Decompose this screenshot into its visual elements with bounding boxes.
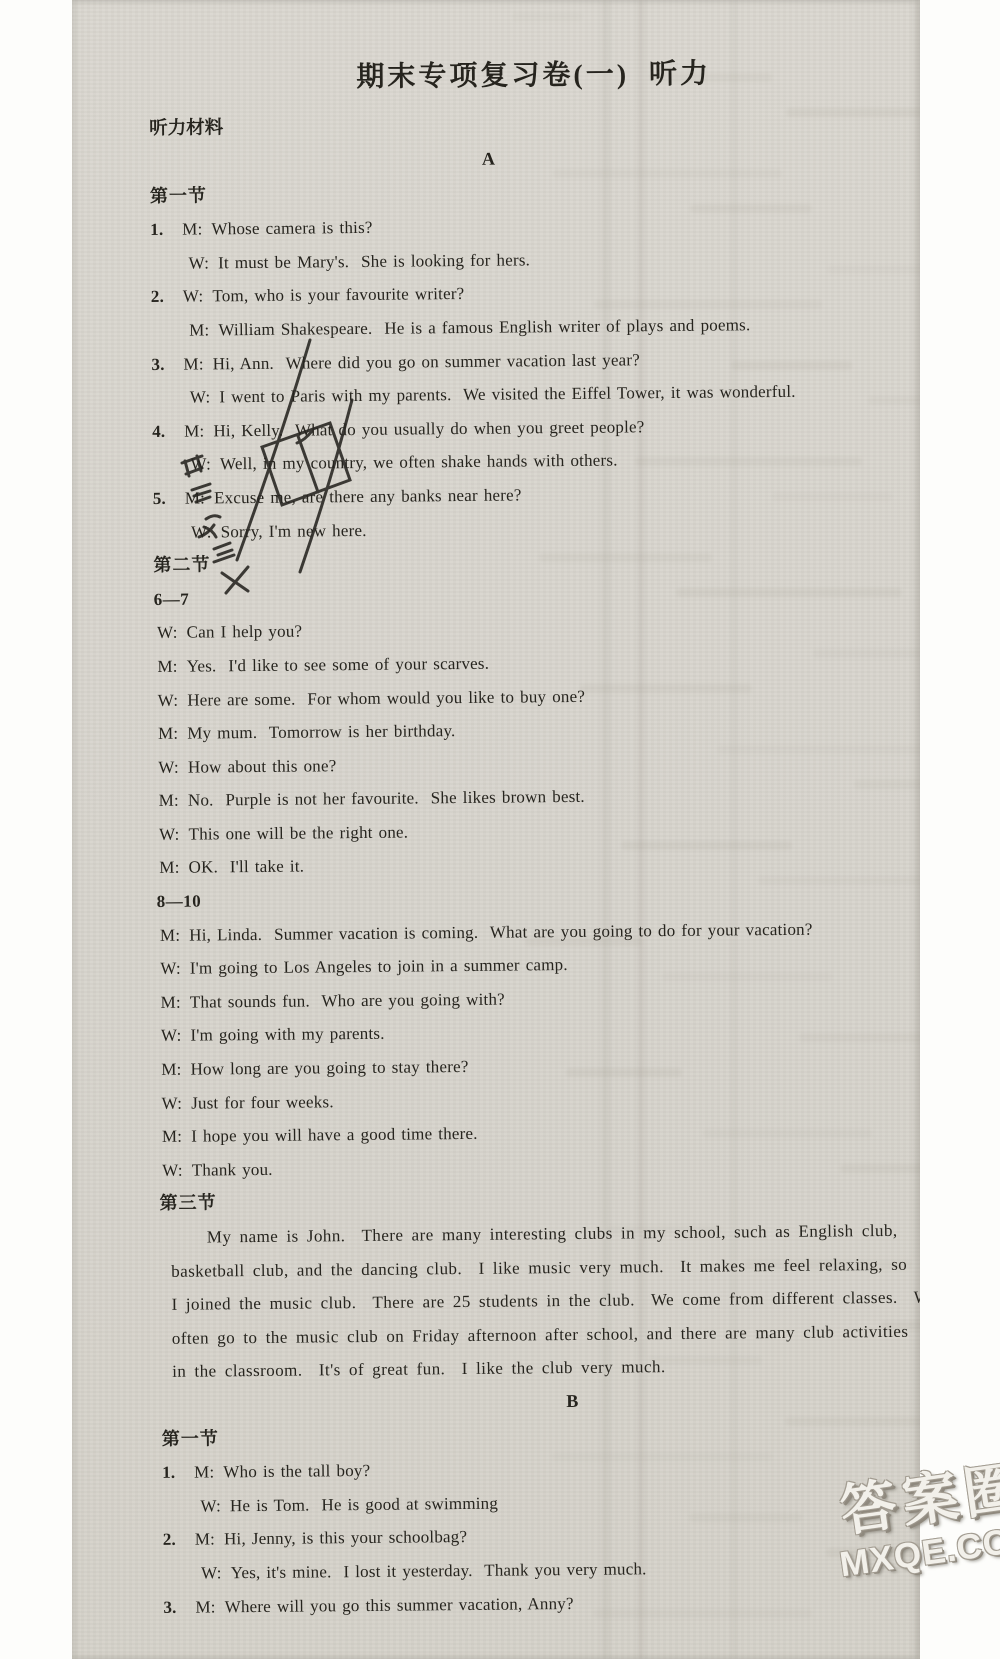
speaker-label: M: (159, 784, 180, 818)
line-number: 2. (151, 280, 183, 314)
line-text: Hi, Jenny, is this your schoolbag? (215, 1527, 467, 1548)
speaker-label: M: (162, 1120, 183, 1154)
line-text: Whose camera is this? (202, 218, 372, 239)
line-text: OK. I'll take it. (179, 857, 304, 877)
speaker-label: M: (161, 1053, 182, 1087)
transcript-content: 期末专项复习卷(一) 听力 听力材料 A第一节1.M:Whose camera … (72, 0, 920, 1625)
speaker-label: M: (157, 650, 178, 684)
speaker-label: W: (183, 280, 204, 314)
line-number: 3. (163, 1590, 195, 1624)
speaker-label: M: (160, 918, 181, 952)
line-number: 2. (163, 1523, 195, 1557)
part-letter: A (482, 149, 495, 169)
speaker-label: W: (162, 1154, 183, 1188)
speaker-label: W: (201, 1556, 222, 1590)
materials-heading: 听力材料 (149, 109, 920, 142)
line-text: 第一节 (162, 1428, 219, 1449)
line-text: often go to the music club on Friday aft… (163, 1322, 909, 1348)
speaker-label: W: (158, 683, 179, 717)
line-text: My name is John. There are many interest… (198, 1221, 898, 1247)
transcript-line: 3.M:Where will you go this summer vacati… (163, 1583, 920, 1624)
line-text: I joined the music club. There are 25 st… (162, 1288, 920, 1314)
speaker-label: M: (195, 1590, 216, 1624)
line-text: It must be Mary's. She is looking for he… (209, 250, 530, 272)
speaker-label: W: (200, 1489, 221, 1523)
line-text: in the classroom. It's of great fun. I l… (163, 1357, 666, 1381)
speaker-label: W: (157, 616, 178, 650)
speaker-label: W: (160, 952, 181, 986)
line-text: 第三节 (159, 1193, 216, 1214)
line-text: basketball club, and the dancing club. I… (162, 1254, 907, 1280)
line-text: This one will be the right one. (179, 822, 408, 843)
line-text: My mum. Tomorrow is her birthday. (178, 721, 455, 743)
line-text: Here are some. For whom would you like t… (178, 686, 585, 709)
line-text: That sounds fun. Who are you going with? (181, 989, 505, 1011)
speaker-label: W: (161, 1086, 182, 1120)
line-text: How long are you going to stay there? (181, 1057, 468, 1079)
speaker-label: M: (158, 717, 179, 751)
line-number: 1. (162, 1456, 194, 1490)
line-text: Yes. I'd like to see some of your scarve… (178, 654, 490, 676)
line-text: Hi, Linda. Summer vacation is coming. Wh… (180, 919, 812, 944)
scanned-page: 期末专项复习卷(一) 听力 听力材料 A第一节1.M:Whose camera … (0, 0, 1000, 1659)
page-title: 期末专项复习卷(一) 听力 (149, 53, 919, 100)
line-text: Who is the tall boy? (214, 1461, 370, 1481)
speaker-label: M: (159, 851, 180, 885)
line-text: Thank you. (183, 1160, 273, 1180)
paper-sheet: 期末专项复习卷(一) 听力 听力材料 A第一节1.M:Whose camera … (72, 0, 920, 1659)
speaker-label: M: (182, 213, 203, 247)
speaker-label: W: (188, 246, 209, 280)
part-letter: B (566, 1391, 578, 1411)
line-number: 1. (150, 213, 182, 247)
line-text: He is Tom. He is good at swimming (221, 1493, 498, 1515)
speaker-label: M: (160, 986, 181, 1020)
speaker-label: W: (158, 750, 179, 784)
line-text: 8—10 (157, 892, 202, 911)
line-text: No. Purple is not her favourite. She lik… (179, 787, 585, 810)
line-text: Yes, it's mine. I lost it yesterday. Tha… (222, 1559, 647, 1582)
line-text: I hope you will have a good time there. (182, 1124, 478, 1146)
speaker-label: M: (195, 1523, 216, 1557)
handwritten-scribble (162, 325, 392, 610)
speaker-label: W: (161, 1019, 182, 1053)
line-text: Where will you go this summer vacation, … (216, 1594, 574, 1616)
line-text: I'm going with my parents. (181, 1024, 384, 1045)
speaker-label: W: (159, 818, 180, 852)
line-text: 第一节 (150, 185, 207, 206)
speaker-label: M: (194, 1456, 215, 1490)
line-text: Can I help you? (178, 622, 303, 642)
line-text: Just for four weeks. (182, 1092, 334, 1112)
line-text: Tom, who is your favourite writer? (203, 284, 464, 306)
transcript-line: B (187, 1381, 920, 1422)
line-text: I'm going to Los Angeles to join in a su… (181, 955, 568, 978)
line-text: How about this one? (179, 756, 337, 777)
